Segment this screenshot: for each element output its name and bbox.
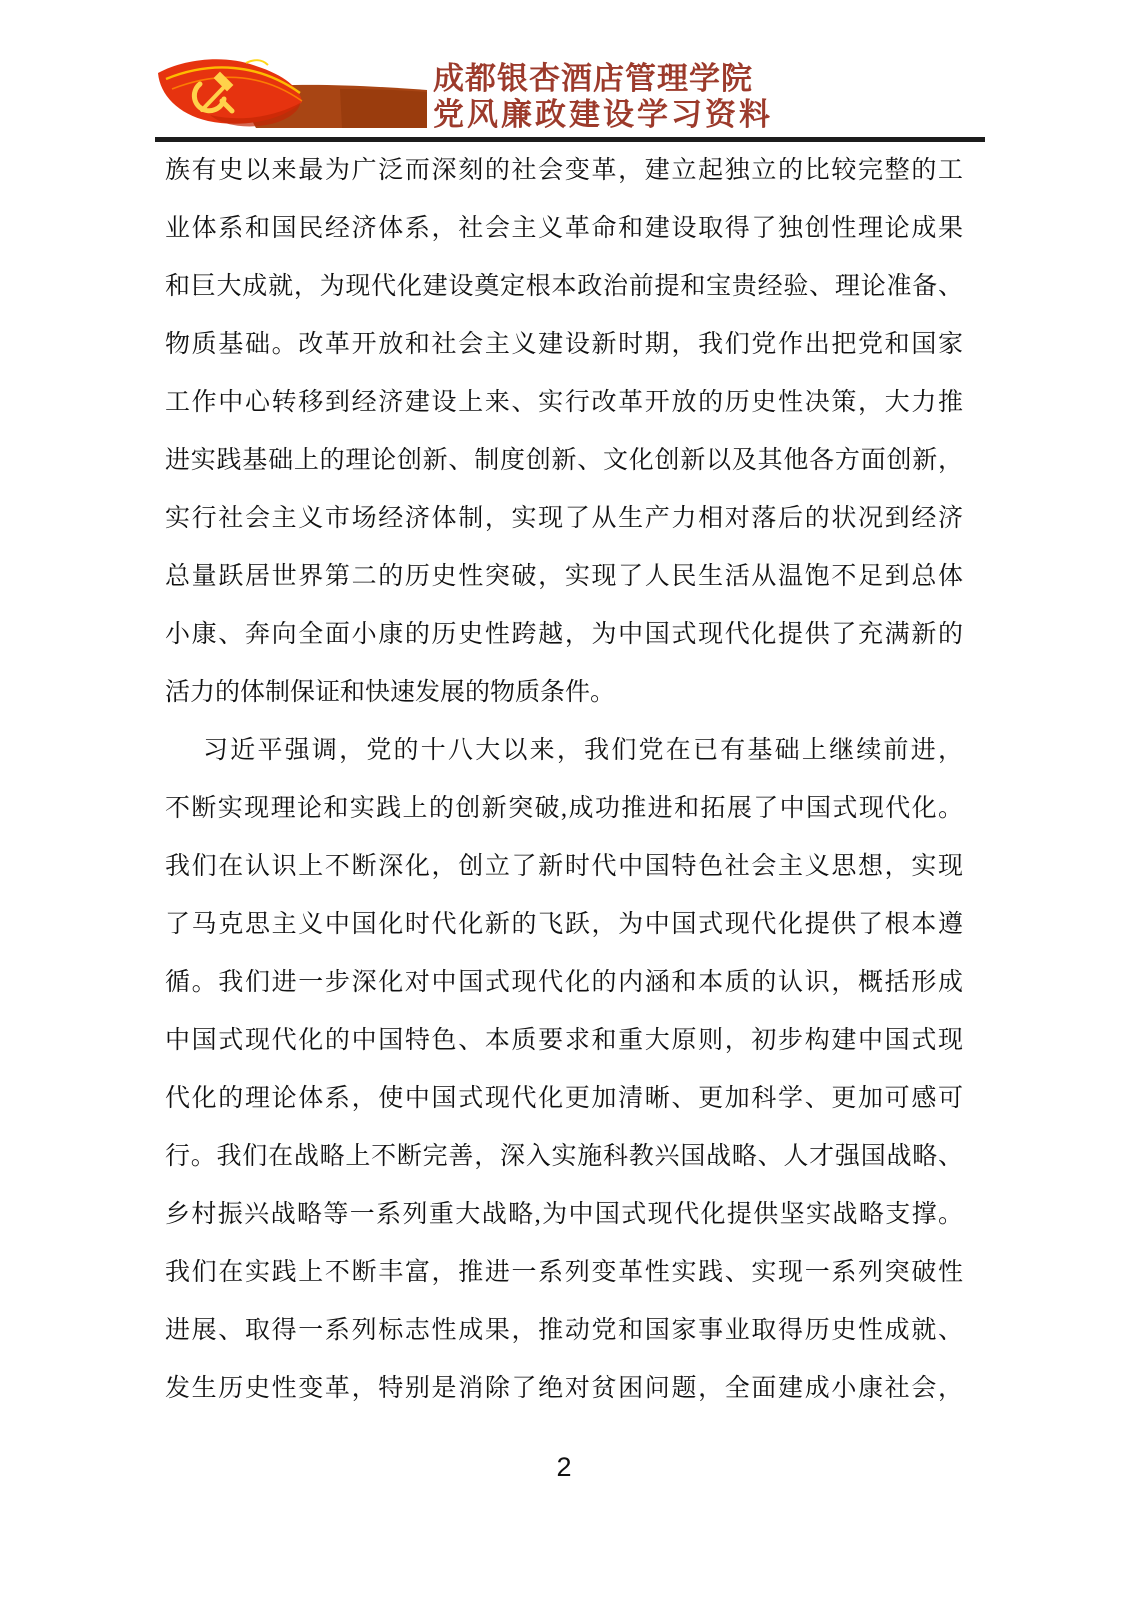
text-line: 发生历史性变革，特别是消除了绝对贫困问题，全面建成小康社会， [165, 1360, 963, 1418]
text-line: 中国式现代化的中国特色、本质要求和重大原则，初步构建中国式现 [165, 1012, 963, 1070]
text-line: 实行社会主义市场经济体制，实现了从生产力相对落后的状况到经济 [165, 490, 963, 548]
text-line: 循。我们进一步深化对中国式现代化的内涵和本质的认识，概括形成 [165, 954, 963, 1012]
page-number: 2 [165, 1450, 963, 1484]
header-title-line1: 成都银杏酒店管理学院 [433, 61, 773, 97]
text-line: 了马克思主义中国化时代化新的飞跃，为中国式现代化提供了根本遵 [165, 896, 963, 954]
text-line: 我们在认识上不断深化，创立了新时代中国特色社会主义思想，实现 [165, 838, 963, 896]
text-line: 业体系和国民经济体系，社会主义革命和建设取得了独创性理论成果 [165, 200, 963, 258]
text-line: 和巨大成就，为现代化建设奠定根本政治前提和宝贵经验、理论准备、 [165, 258, 963, 316]
text-line: 活力的体制保证和快速发展的物质条件。 [165, 664, 963, 722]
document-body: 族有史以来最为广泛而深刻的社会变革，建立起独立的比较完整的工 业体系和国民经济体… [165, 142, 963, 1418]
text-line: 总量跃居世界第二的历史性突破，实现了人民生活从温饱不足到总体 [165, 548, 963, 606]
text-line: 进展、取得一系列标志性成果，推动党和国家事业取得历史性成就、 [165, 1302, 963, 1360]
text-line: 工作中心转移到经济建设上来、实行改革开放的历史性决策，大力推 [165, 374, 963, 432]
header-titles: 成都银杏酒店管理学院 党风廉政建设学习资料 [433, 61, 773, 133]
header-title-line2: 党风廉政建设学习资料 [433, 97, 773, 133]
text-line: 进实践基础上的理论创新、制度创新、文化创新以及其他各方面创新， [165, 432, 963, 490]
document-page: 成都银杏酒店管理学院 党风廉政建设学习资料 族有史以来最为广泛而深刻的社会变革，… [0, 0, 1131, 1600]
flag-band-shade [340, 89, 427, 128]
text-line: 习近平强调，党的十八大以来，我们党在已有基础上继续前进， [165, 722, 963, 780]
text-line: 族有史以来最为广泛而深刻的社会变革，建立起独立的比较完整的工 [165, 142, 963, 200]
text-line: 乡村振兴战略等一系列重大战略,为中国式现代化提供坚实战略支撑。 [165, 1186, 963, 1244]
text-line: 小康、奔向全面小康的历史性跨越，为中国式现代化提供了充满新的 [165, 606, 963, 664]
text-line: 我们在实践上不断丰富，推进一系列变革性实践、实现一系列突破性 [165, 1244, 963, 1302]
text-line: 行。我们在战略上不断完善，深入实施科教兴国战略、人才强国战略、 [165, 1128, 963, 1186]
party-flag-icon [150, 57, 427, 136]
text-line: 物质基础。改革开放和社会主义建设新时期，我们党作出把党和国家 [165, 316, 963, 374]
text-line: 不断实现理论和实践上的创新突破,成功推进和拓展了中国式现代化。 [165, 780, 963, 838]
text-line: 代化的理论体系，使中国式现代化更加清晰、更加科学、更加可感可 [165, 1070, 963, 1128]
